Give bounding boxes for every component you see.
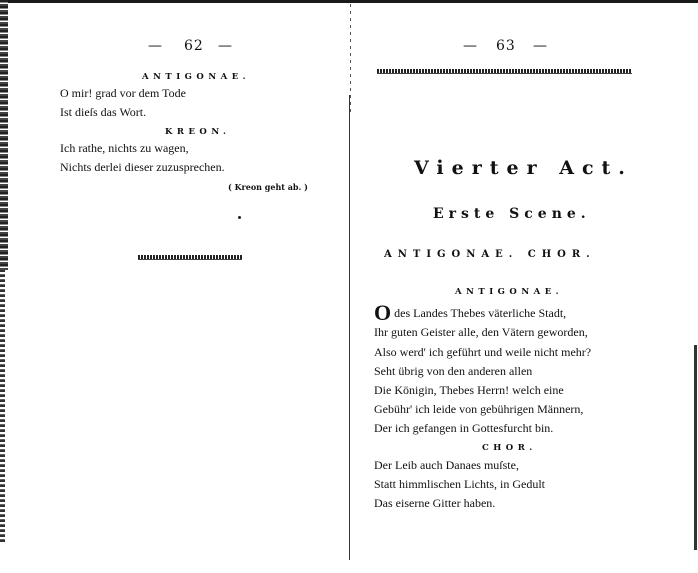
header-rule bbox=[377, 69, 632, 74]
scene-title: Erste Scene. bbox=[433, 206, 591, 222]
speaker-label: ANTIGONAE. bbox=[455, 287, 563, 297]
drop-cap: O bbox=[374, 300, 391, 325]
speaker-label: CHOR. bbox=[482, 443, 537, 453]
verse-line: Das eiserne Gitter haben. bbox=[374, 496, 495, 511]
page-number: 62 bbox=[184, 38, 204, 54]
book-right-edge bbox=[694, 345, 697, 550]
verse-line: Nichts derlei dieser zuzusprechen. bbox=[60, 160, 225, 175]
dramatis-personae: ANTIGONAE. CHOR. bbox=[384, 249, 596, 260]
book-gutter bbox=[349, 95, 350, 560]
verse-line: Statt himmlischen Lichts, in Gedult bbox=[374, 477, 545, 492]
book-left-edge bbox=[0, 0, 8, 270]
verse-line: Der ich gefangen in Gottesfurcht bin. bbox=[374, 421, 553, 436]
stage-direction: ( Kreon geht ab. ) bbox=[228, 182, 308, 192]
verse-line: Seht übrig von den anderen allen bbox=[374, 364, 532, 379]
verse-line: O mir! grad vor dem Tode bbox=[60, 86, 186, 101]
page-dash-left: — bbox=[148, 38, 162, 54]
verse-line: Der Leib auch Danaes muſste, bbox=[374, 458, 519, 473]
verse-line: Also werd' ich geführt und weile nicht m… bbox=[374, 345, 591, 360]
speaker-label: KREON. bbox=[165, 127, 231, 137]
page-top-edge bbox=[0, 0, 698, 3]
gutter-line-top bbox=[350, 4, 351, 114]
verse-line: Ist dieſs das Wort. bbox=[60, 105, 146, 120]
page-dash-left: — bbox=[463, 38, 477, 54]
verse-line: Die Königin, Thebes Herrn! welch eine bbox=[374, 383, 564, 398]
speaker-label: ANTIGONAE. bbox=[142, 72, 250, 82]
section-divider bbox=[138, 255, 242, 260]
printer-mark bbox=[238, 216, 241, 219]
book-left-edge-lower bbox=[0, 270, 5, 542]
page-dash-right: — bbox=[218, 38, 232, 54]
verse-line: Ihr guten Geister alle, den Vätern gewor… bbox=[374, 325, 588, 340]
verse-line: Ich rathe, nichts zu wagen, bbox=[60, 141, 189, 156]
page-dash-right: — bbox=[533, 38, 547, 54]
page-number: 63 bbox=[496, 38, 516, 54]
verse-line-text: des Landes Thebes väterliche Stadt, bbox=[391, 306, 566, 320]
verse-line: Gebühr' ich leide von gebührigen Männern… bbox=[374, 402, 583, 417]
verse-line-first: O des Landes Thebes väterliche Stadt, bbox=[374, 302, 566, 324]
act-title: Vierter Act. bbox=[414, 157, 633, 179]
